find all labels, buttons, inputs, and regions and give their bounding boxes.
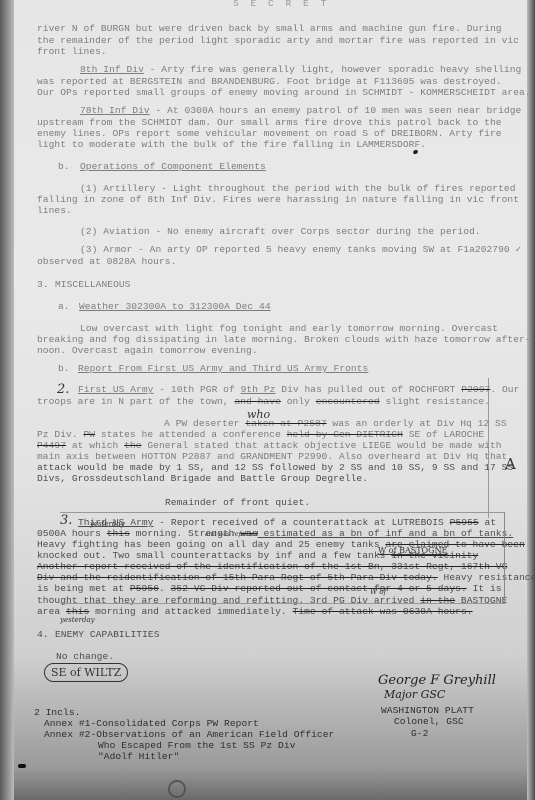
weather-line-2: breaking and fog dissipating in late mor… [37, 334, 531, 345]
scan-right-edge [527, 0, 535, 800]
section-3-marker: 3. [37, 279, 49, 290]
section-3-title: MISCELLANEOUS [55, 279, 131, 290]
first-army-line-4: Pz Div. PW states he attended a conferen… [37, 429, 484, 440]
first-army-line-3: A PW deserter taken at P2587 was an orde… [164, 418, 507, 429]
div-78th-line-3: enemy lines. OPs report some vehicular m… [37, 128, 502, 139]
div-8th-paragraph: 8th Inf Div - Arty fire was generally li… [80, 64, 521, 75]
third-army-line-9: area this morning and attacked immediate… [37, 606, 473, 617]
first-army-label: First US Army [78, 384, 154, 395]
section-4-title: ENEMY CAPABILITIES [55, 629, 160, 640]
div-8th-line-3: Our OPs reported small groups of enemy m… [37, 87, 531, 98]
report-title: Report From First US Army and Third US A… [78, 363, 368, 374]
margin-bracket-third [60, 512, 505, 604]
hand-number-2: 2. [57, 382, 69, 397]
first-army-line-8: Divs, Grossdeutschland Brigade and Battl… [37, 473, 368, 484]
artillery-line-1: (1) Artillery - Light throughout the per… [80, 183, 516, 194]
ink-mark [18, 764, 26, 768]
first-army-line-2: troops are in N part of the town, and ha… [37, 396, 490, 407]
section-b-title: Operations of Component Elements [80, 161, 266, 172]
armor-line-1: (3) Armor - An arty OP reported 5 heavy … [80, 244, 521, 255]
aviation-line: (2) Aviation - No enemy aircraft over Co… [80, 226, 481, 237]
typed-name: WASHINGTON PLATT [381, 705, 474, 716]
artillery-line-3: lines. [37, 205, 72, 216]
annex-2-continued-1: Who Escaped From the 1st SS Pz Div [98, 740, 295, 751]
first-army-line-1: First US Army - 10th PGR of 9th Pz Div h… [78, 384, 519, 395]
first-army-line-6: main axis between HOTTON P2887 and GRAND… [37, 451, 507, 462]
handwritten-rank: Major GSC [384, 688, 445, 701]
weather-line-1: Low overcast with light fog tonight and … [80, 323, 498, 334]
typed-rank: Colonel, GSC [394, 716, 464, 727]
annex-1: Annex #1-Consolidated Corps PW Report [44, 718, 259, 729]
div-8th-line-2: was reported at BERGSTEIN and BRANDENBUR… [37, 76, 502, 87]
margin-mark-a: A [505, 455, 516, 473]
typed-office: G-2 [411, 728, 428, 739]
continuation-line-1: river N of BURGN but were driven back by… [37, 23, 502, 34]
handwritten-signature: George F Greyhill [378, 673, 496, 688]
div-78th-paragraph: 78th Inf Div - At 0300A hours an enemy p… [80, 105, 521, 116]
no-change-text: No change. [56, 651, 114, 662]
weather-line-3: noon. Overcast again tomorrow evening. [37, 345, 258, 356]
artillery-line-2: falling in zone of 8th Inf Div. Fires we… [37, 194, 519, 205]
weather-marker: a. [58, 301, 70, 312]
punch-hole [168, 780, 186, 798]
first-army-line-7: attack would be made by 1 SS, and 12 SS … [37, 462, 513, 473]
remainder-quiet: Remainder of front quiet. [165, 497, 310, 508]
section-4-marker: 4. [37, 629, 49, 640]
enclosure-count: 2 Incls. [34, 707, 80, 718]
section-b-marker: b. [58, 161, 70, 172]
annex-2-continued-2: "Adolf Hitler" [98, 751, 179, 762]
hand-insert-yesterday-2: yesterday [60, 616, 95, 624]
weather-title: Weather 302300A to 312300A Dec 44 [79, 301, 271, 312]
classification-header: S E C R E T [233, 0, 329, 9]
div-78th-line-4: light to moderate with the bulk of the f… [37, 139, 426, 150]
div-78th-line-2: upstream from the SCHMIDT dam. Our small… [37, 117, 502, 128]
div-78th-label: 78th Inf Div [80, 105, 150, 116]
div-8th-label: 8th Inf Div [80, 64, 144, 75]
annex-2: Annex #2-Observations of an American Fie… [44, 729, 334, 740]
continuation-line-3: front lines. [37, 46, 107, 57]
first-army-line-5: P4497 at which the General stated that a… [37, 440, 502, 451]
continuation-line-2: the remainder of the period light sporad… [37, 35, 519, 46]
armor-line-2: observed at 0828A hours. [37, 256, 176, 267]
report-marker: b. [58, 363, 70, 374]
hand-note-se-wiltz: SE of WILTZ [44, 663, 128, 682]
